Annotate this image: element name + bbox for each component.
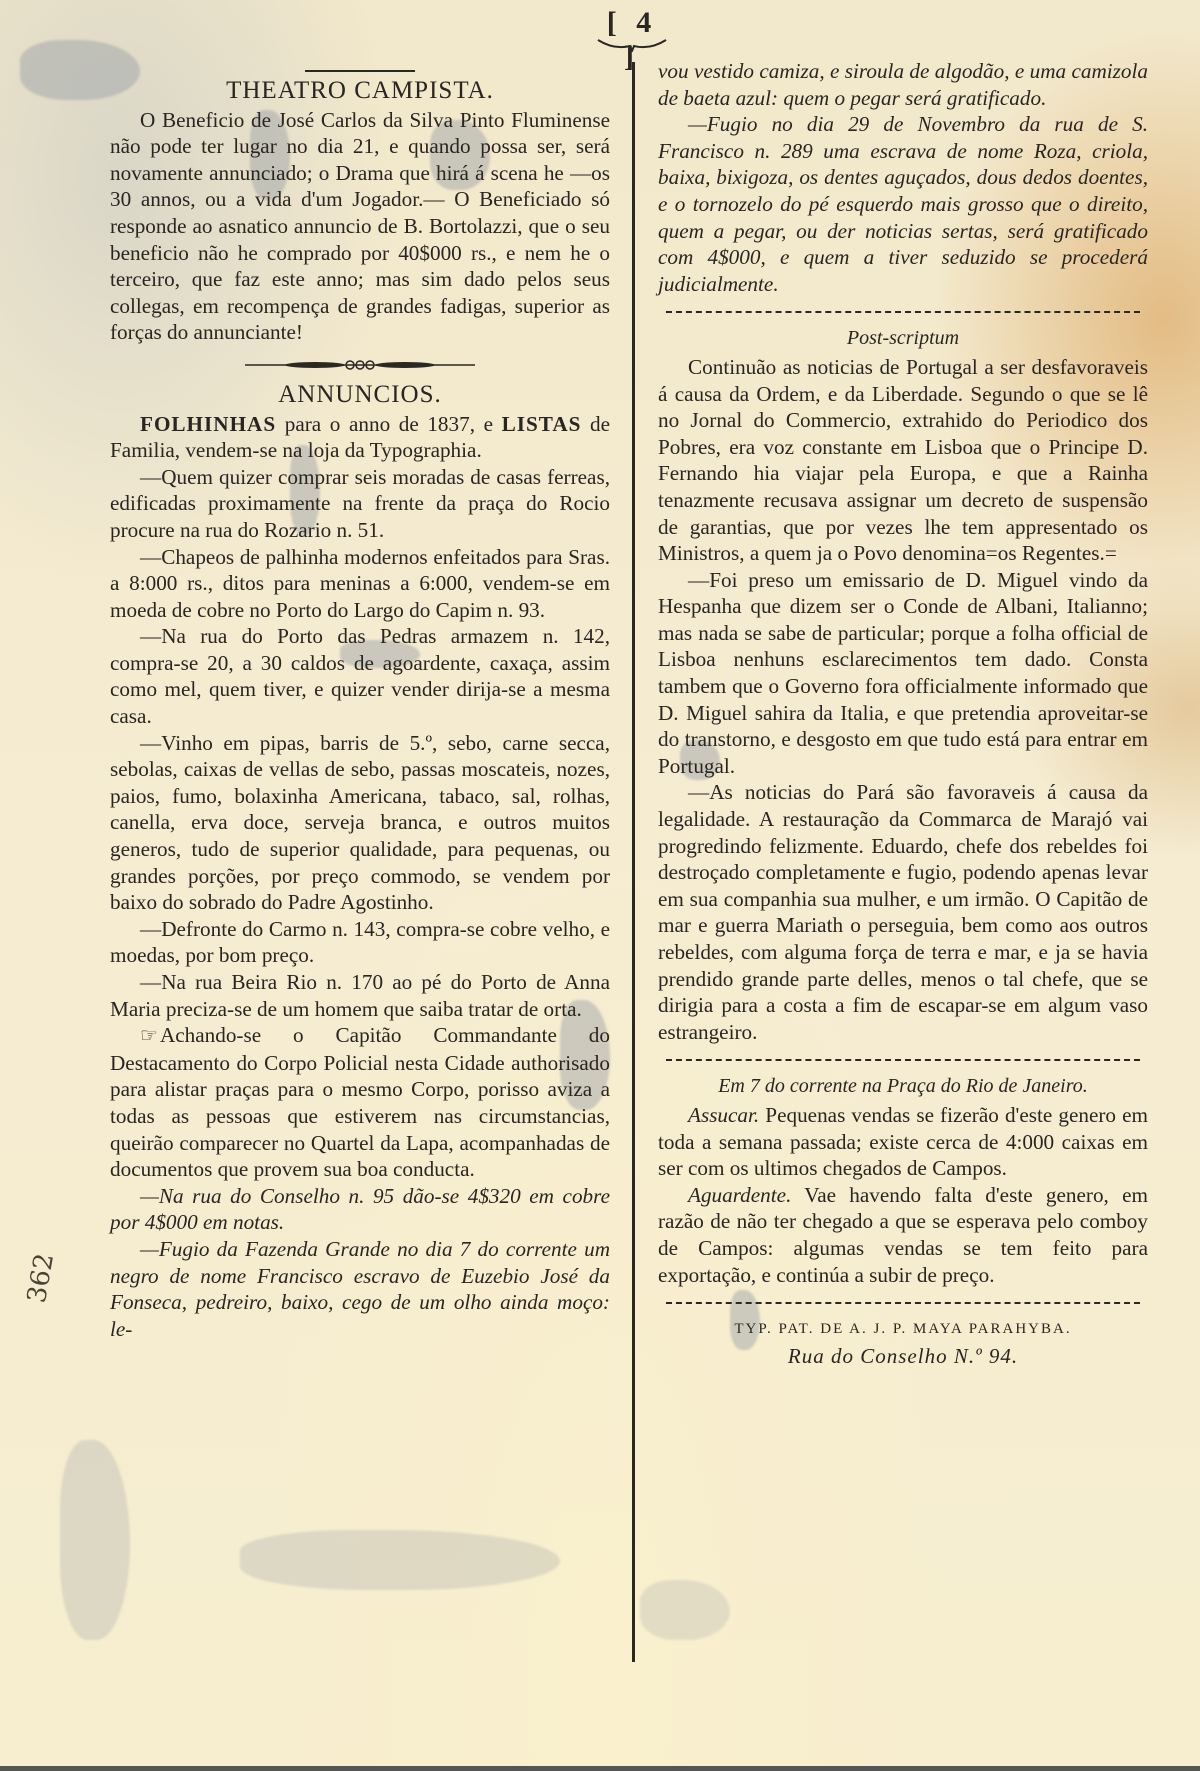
announcement-item: —Na rua Beira Rio n. 170 ao pé do Porto …	[110, 969, 610, 1022]
printer-address: Rua do Conselho N.º 94.	[658, 1343, 1148, 1370]
theatre-heading: THEATRO CAMPISTA.	[110, 78, 610, 105]
section-rule	[666, 1302, 1140, 1304]
market-heading: Em 7 do corrente na Praça do Rio de Jane…	[658, 1073, 1148, 1100]
runaway-notice: —Fugio no dia 29 de Novembro da rua de S…	[658, 111, 1148, 297]
pointing-hand-icon: ☞	[140, 1025, 158, 1047]
ornamental-divider-icon	[245, 356, 475, 374]
section-rule	[666, 311, 1140, 313]
announcement-item: —Na rua do Conselho n. 95 dão-se 4$320 e…	[110, 1183, 610, 1236]
announcement-item: FOLHINHAS para o anno de 1837, e LISTAS …	[110, 411, 610, 464]
newspaper-page: [ 4 ] 362 THEATRO CAMPISTA. O Beneficio …	[0, 0, 1200, 1771]
page-edge	[0, 1766, 1200, 1771]
announcement-item: —Chapeos de palhinha modernos enfeitados…	[110, 544, 610, 624]
right-column: vou vestido camiza, e siroula de algodão…	[658, 58, 1148, 1369]
section-rule	[666, 1059, 1140, 1061]
printer-imprint: TYP. PAT. DE A. J. P. MAYA PARAHYBA.	[658, 1316, 1148, 1343]
section-rule	[305, 70, 415, 72]
column-divider	[632, 62, 635, 1662]
postscript-paragraph: —As noticias do Pará são favoraveis á ca…	[658, 779, 1148, 1045]
margin-annotation: 362	[22, 1251, 60, 1305]
market-commodity: Assucar.	[688, 1103, 759, 1127]
announcements-heading: ANNUNCIOS.	[110, 382, 610, 409]
announcement-item: —Quem quizer comprar seis moradas de cas…	[110, 464, 610, 544]
stain	[240, 1530, 560, 1590]
announcement-item: —Fugio da Fazenda Grande no dia 7 do cor…	[110, 1236, 610, 1342]
postscript-heading: Post-scriptum	[658, 325, 1148, 352]
market-entry: Aguardente. Vae havendo falta d'este gen…	[658, 1182, 1148, 1288]
runaway-notice-continuation: vou vestido camiza, e siroula de algodão…	[658, 58, 1148, 111]
market-entry: Assucar. Pequenas vendas se fizerão d'es…	[658, 1102, 1148, 1182]
announcement-lead: LISTAS	[502, 412, 582, 436]
theatre-paragraph: O Beneficio de José Carlos da Silva Pint…	[110, 107, 610, 346]
left-column: THEATRO CAMPISTA. O Beneficio de José Ca…	[110, 58, 610, 1342]
announcement-lead: FOLHINHAS	[140, 412, 276, 436]
announcement-item: —Defronte do Carmo n. 143, compra-se cob…	[110, 916, 610, 969]
announcement-item: ☞Achando-se o Capitão Commandante do Des…	[110, 1022, 610, 1183]
stain	[640, 1580, 730, 1640]
announcement-item: —Vinho em pipas, barris de 5.º, sebo, ca…	[110, 730, 610, 916]
postscript-paragraph: Continuão as noticias de Portugal a ser …	[658, 354, 1148, 567]
stain	[60, 1440, 130, 1640]
announcement-item: —Na rua do Porto das Pedras armazem n. 1…	[110, 623, 610, 729]
market-commodity: Aguardente.	[688, 1183, 791, 1207]
postscript-paragraph: —Foi preso um emissario de D. Miguel vin…	[658, 567, 1148, 780]
brace-ornament-icon	[596, 38, 668, 52]
